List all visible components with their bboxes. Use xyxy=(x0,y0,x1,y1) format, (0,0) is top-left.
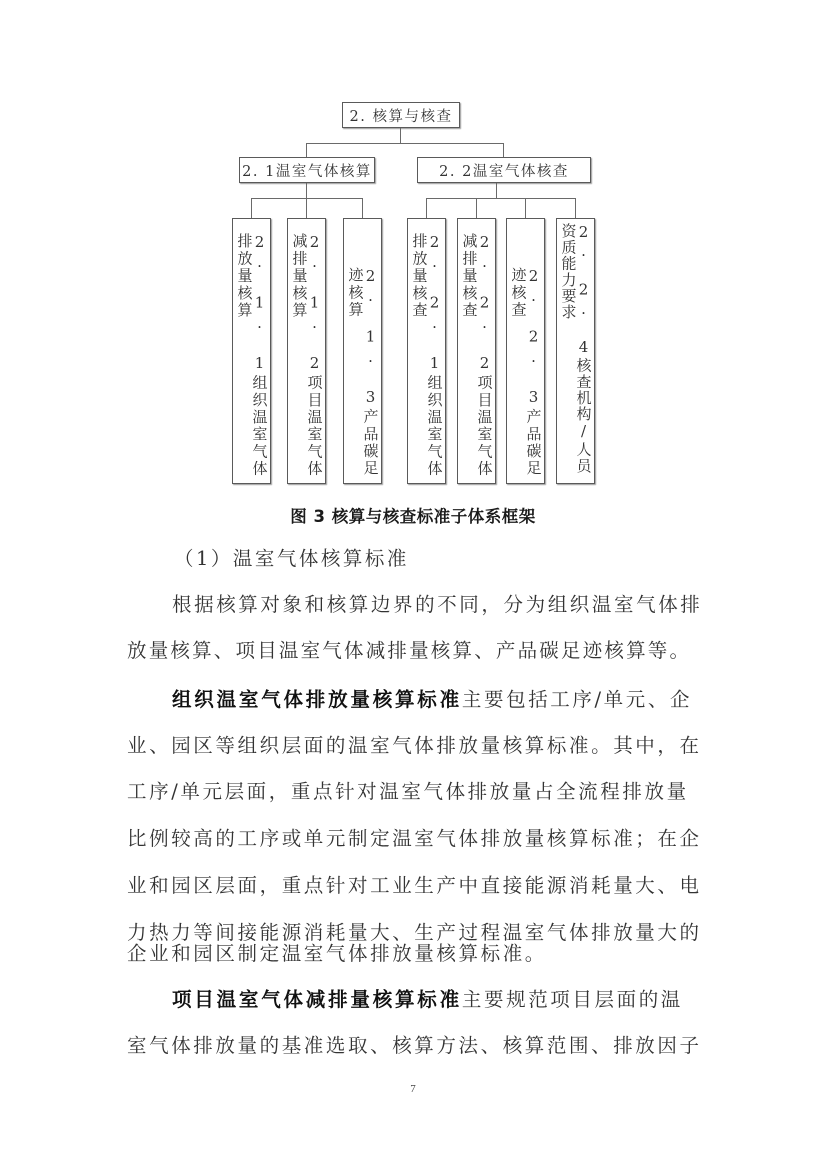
connector xyxy=(426,198,576,199)
paragraph-line: 工序/单元层面，重点针对温室气体排放量占全流程排放量 xyxy=(127,782,707,802)
leaf-node-label: 2. 2. 4核查机构/人员资质能力要求 xyxy=(561,223,591,483)
paragraph-line: 企业和园区制定温室气体排放量核算标准。 xyxy=(127,944,707,964)
paragraph-first-line: 项目温室气体减排量核算标准主要规范项目层面的温 xyxy=(172,990,752,1010)
paragraph-line: 比例较高的工序或单元制定温室气体排放量核算标准；在企 xyxy=(127,829,707,849)
paragraph-line: 放量核算、项目温室气体减排量核算、产品碳足迹核算等。 xyxy=(127,641,707,661)
connector xyxy=(306,143,307,157)
standards-framework-diagram: 2. 核算与核查 2. 1温室气体核算 2. 2温室气体核查 2. 1. 1组织… xyxy=(0,0,826,500)
leaf-node-label: 2. 2. 1组织温室气体排放量核查 xyxy=(412,233,442,483)
branch-node-verification: 2. 2温室气体核查 xyxy=(417,157,591,183)
branch-node-label: 2. 1温室气体核算 xyxy=(242,160,372,181)
bold-term: 项目温室气体减排量核算标准 xyxy=(172,988,462,1011)
paragraph-line: 业和园区层面，重点针对工业生产中直接能源消耗量大、电 xyxy=(127,876,707,896)
root-node-label: 2. 核算与核查 xyxy=(350,105,453,126)
connector xyxy=(476,198,477,218)
leaf-node-label: 2. 2. 3产品碳足迹核查 xyxy=(511,267,541,483)
branch-node-label: 2. 2温室气体核查 xyxy=(439,160,569,181)
leaf-node-label: 2. 1. 1组织温室气体排放量核算 xyxy=(237,233,267,483)
leaf-node: 2. 1. 2项目温室气体减排量核算 xyxy=(287,218,326,484)
connector xyxy=(525,198,526,218)
connector xyxy=(362,198,363,218)
connector xyxy=(426,198,427,218)
paragraph-line: 室气体排放量的基准选取、核算方法、核算范围、排放因子 xyxy=(127,1036,707,1056)
connector xyxy=(306,198,307,218)
branch-node-accounting: 2. 1温室气体核算 xyxy=(239,157,375,183)
leaf-node: 2. 2. 1组织温室气体排放量核查 xyxy=(407,218,446,484)
connector xyxy=(306,183,307,198)
paragraph-first-line: 组织温室气体排放量核算标准主要包括工序/单元、企 xyxy=(172,690,752,710)
connector xyxy=(496,183,497,198)
leaf-node: 2. 2. 4核查机构/人员资质能力要求 xyxy=(556,218,595,484)
paragraph-line: 根据核算对象和核算边界的不同，分为组织温室气体排 xyxy=(172,595,752,615)
leaf-node: 2. 1. 3产品碳足迹核算 xyxy=(343,218,382,484)
document-page: 2. 核算与核查 2. 1温室气体核算 2. 2温室气体核查 2. 1. 1组织… xyxy=(0,0,826,1169)
section-heading: （1）温室气体核算标准 xyxy=(174,543,409,571)
connector xyxy=(575,198,576,218)
paragraph-line: 业、园区等组织层面的温室气体排放量核算标准。其中，在 xyxy=(127,736,707,756)
leaf-node-label: 2. 2. 2项目温室气体减排量核查 xyxy=(462,233,492,483)
root-node: 2. 核算与核查 xyxy=(342,102,460,128)
paragraph-text: 主要包括工序/单元、企 xyxy=(462,688,692,711)
figure-caption: 图 3 核算与核查标准子体系框架 xyxy=(0,503,826,527)
leaf-node-label: 2. 1. 2项目温室气体减排量核算 xyxy=(292,233,322,483)
paragraph-text: 主要规范项目层面的温 xyxy=(462,988,683,1011)
leaf-node-label: 2. 1. 3产品碳足迹核算 xyxy=(348,267,378,483)
bold-term: 组织温室气体排放量核算标准 xyxy=(172,688,462,711)
connector xyxy=(306,143,504,144)
paragraph-line: 力热力等间接能源消耗量大、生产过程温室气体排放量大的 xyxy=(127,923,707,943)
leaf-node: 2. 1. 1组织温室气体排放量核算 xyxy=(232,218,271,484)
leaf-node: 2. 2. 2项目温室气体减排量核查 xyxy=(457,218,496,484)
leaf-node: 2. 2. 3产品碳足迹核查 xyxy=(506,218,545,484)
connector xyxy=(251,198,252,218)
connector xyxy=(400,128,401,143)
page-number: 7 xyxy=(0,1083,826,1095)
connector xyxy=(503,143,504,157)
